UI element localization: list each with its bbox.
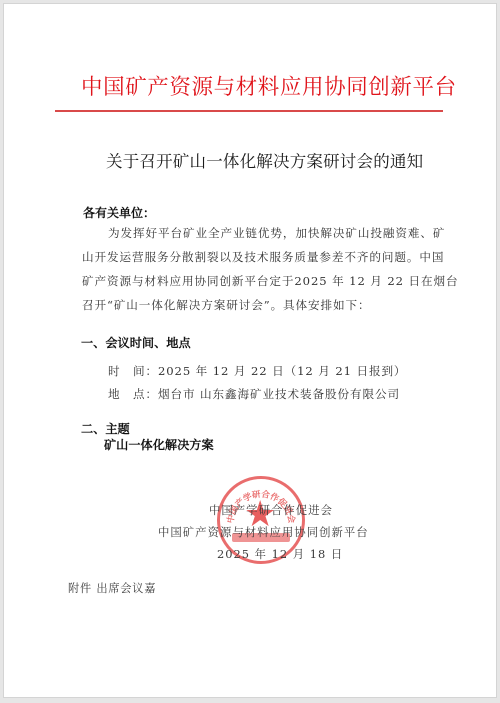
signature-org-2: 中国矿产资源与材料应用协同创新平台 [158,524,369,540]
signature-date: 2025 年 12 月 18 日 [217,546,343,562]
org-letterhead-title: 中国矿产资源与材料应用协同创新平台 [81,70,457,101]
place-value: 烟台市 山东鑫海矿业技术装备股份有限公司 [158,387,400,401]
attachment-label: 附件 出席会议嘉 [68,580,156,596]
letterhead-red-rule [55,110,443,112]
intro-line-1: 为发挥好平台矿业全产业链优势，加快解决矿山投融资难、矿 [108,225,445,241]
place-row: 地 点：烟台市 山东鑫海矿业技术装备股份有限公司 [108,386,400,402]
intro-line-2: 山开发运营服务分散割裂以及技术服务质量参差不齐的问题。中国 [82,249,444,265]
notice-title: 关于召开矿山一体化解决方案研讨会的通知 [106,148,423,172]
time-row: 时 间：2025 年 12 月 22 日（12 月 21 日报到） [108,363,406,379]
intro-line-3: 矿产资源与材料应用协同创新平台定于2025 年 12 月 22 日在烟台 [82,273,459,289]
signature-org-1: 中国产学研合作促进会 [209,502,333,518]
intro-line-4: 召开“矿山一体化解决方案研讨会”。具体安排如下： [82,297,371,313]
time-label: 时 间： [108,364,158,378]
section-heading-time-place: 一、会议时间、地点 [81,334,191,351]
section-heading-theme: 二、主题 [81,420,130,437]
document-page: 中国矿产资源与材料应用协同创新平台 关于召开矿山一体化解决方案研讨会的通知 各有… [3,3,497,698]
theme-content: 矿山一体化解决方案 [104,436,214,453]
time-value: 2025 年 12 月 22 日（12 月 21 日报到） [158,364,406,378]
place-label: 地 点： [108,387,158,401]
addressee: 各有关单位： [83,204,155,221]
